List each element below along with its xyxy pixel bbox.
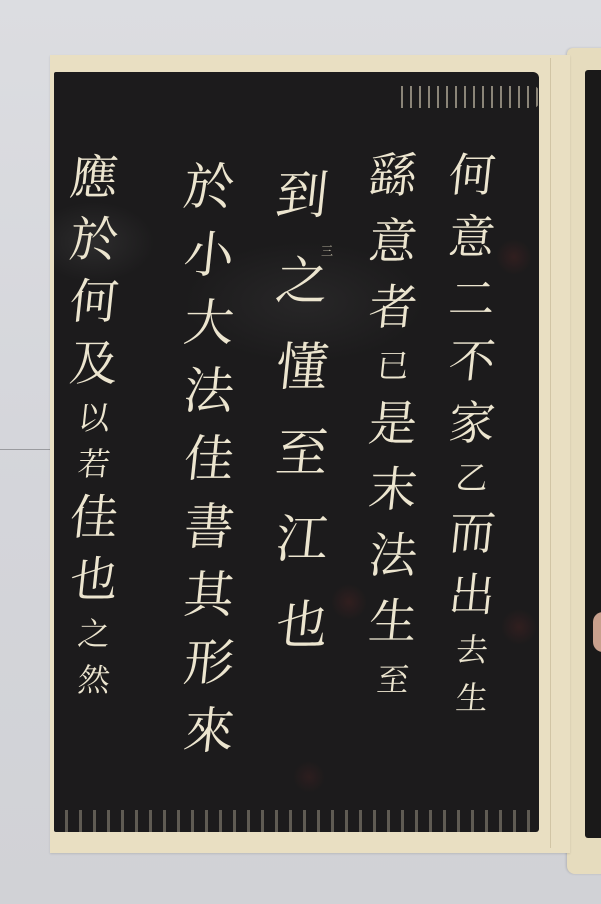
character: 佳 (67, 494, 120, 542)
character: 已 (375, 350, 410, 382)
calligraphy-column-5: 應 於 何 及 以 若 佳 也 之 然 (70, 154, 118, 710)
character: 去 (454, 634, 489, 666)
character: 佳 (181, 434, 236, 484)
character: 二 (447, 276, 498, 322)
character: 應 (67, 154, 120, 202)
ink-rubbing: 何 意 二 不 家 乙 而 出 去 生 繇 意 者 已 是 末 法 生 至 到 … (54, 72, 539, 832)
worn-top-edge (394, 86, 539, 108)
calligraphy-column-4: 於 小 大 法 佳 書 其 形 來 (184, 162, 234, 774)
character: 來 (181, 706, 236, 756)
character: 者 (366, 284, 419, 332)
character: 不 (447, 338, 498, 384)
character: 出 (447, 572, 498, 618)
character: 於 (181, 162, 236, 212)
calligraphy-column-1: 何 意 二 不 家 乙 而 出 去 生 (449, 152, 495, 730)
character: 至 (273, 428, 330, 480)
character: 乙 (454, 462, 489, 494)
character: 生 (454, 682, 489, 714)
backdrop-edge-line (0, 449, 54, 450)
character: 也 (67, 556, 120, 604)
character: 生 (366, 598, 419, 646)
character: 何 (67, 278, 120, 326)
character: 意 (447, 214, 498, 260)
character: 而 (447, 510, 498, 556)
character: 之 (76, 618, 111, 650)
thumb (593, 612, 601, 652)
character: 末 (366, 466, 419, 514)
character: 到 (273, 170, 330, 222)
character: 以 (76, 402, 111, 434)
character: 是 (366, 400, 419, 448)
character: 形 (181, 638, 236, 688)
character: 若 (76, 448, 111, 480)
character: 意 (366, 218, 419, 266)
character: 江 (273, 514, 330, 566)
character: 法 (366, 532, 419, 580)
character: 何 (447, 152, 498, 198)
character: 於 (67, 216, 120, 264)
character: 至 (375, 664, 410, 696)
character: 大 (181, 298, 236, 348)
character: 及 (67, 340, 120, 388)
character: 家 (447, 400, 498, 446)
character: 也 (273, 600, 330, 652)
calligraphy-column-2: 繇 意 者 已 是 末 法 生 至 (369, 152, 417, 714)
character: 繇 (366, 152, 419, 200)
worn-bottom-edge (54, 810, 539, 832)
character: 小 (181, 230, 236, 280)
page-fold-line (550, 58, 551, 848)
character: 之 (273, 256, 330, 308)
next-page-rubbing-edge (585, 70, 601, 838)
character: 法 (181, 366, 236, 416)
character: 書 (181, 502, 236, 552)
character: 然 (76, 664, 111, 696)
small-annotation: 三 (321, 242, 333, 259)
character: 懂 (273, 342, 330, 394)
character: 其 (181, 570, 236, 620)
